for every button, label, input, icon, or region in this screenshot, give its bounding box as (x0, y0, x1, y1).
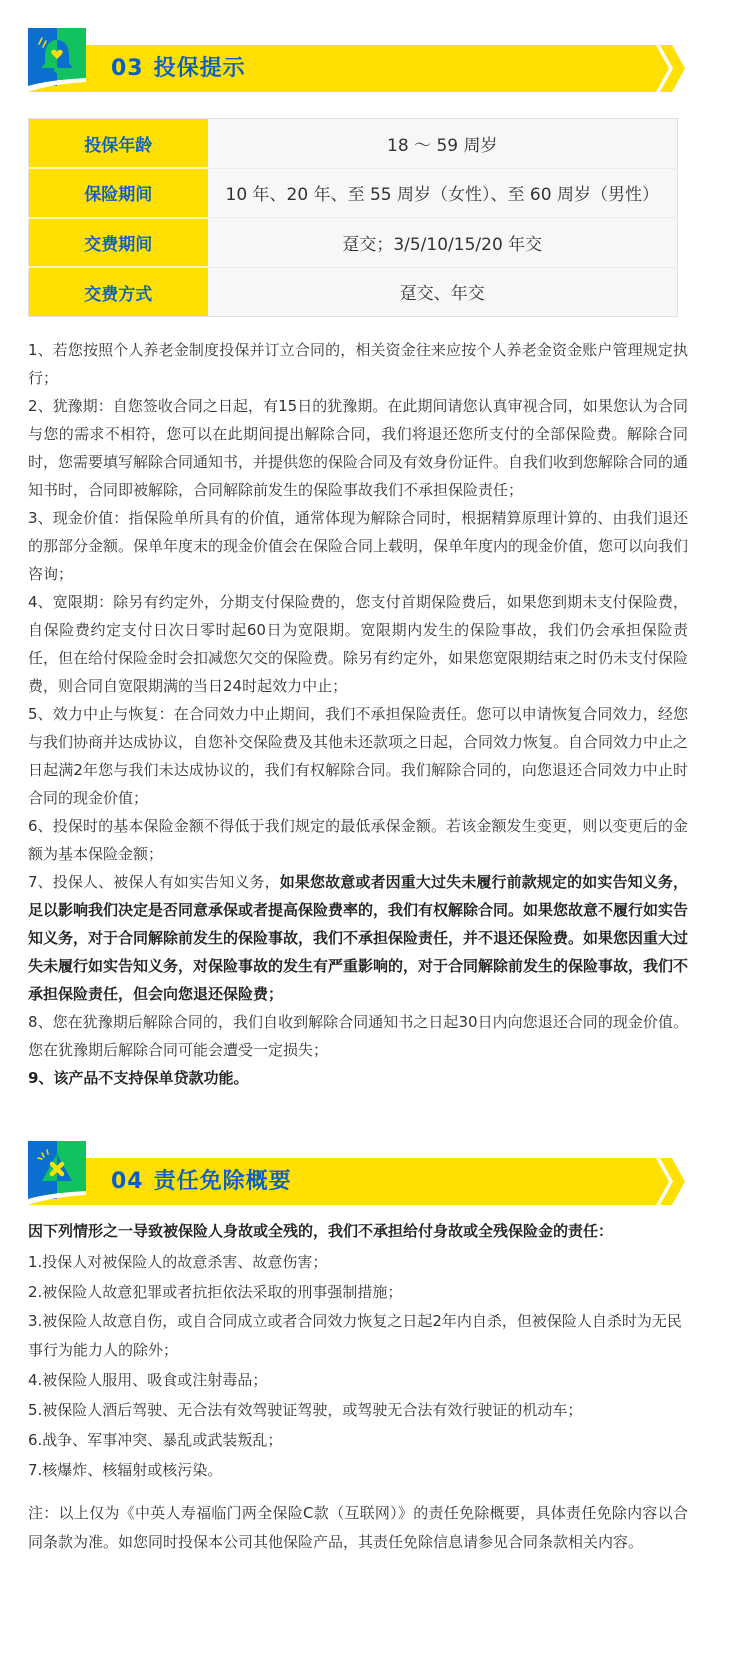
row-label: 保险期间 (29, 168, 208, 218)
section-title: 04责任免除概要 (111, 1163, 292, 1201)
exclusions-footnote: 注：以上仅为《中英人寿福临门两全保险C款（互联网）》的责任免除概要，具体责任免除… (28, 1499, 688, 1557)
exclusion-item: 2.被保险人故意犯罪或者抗拒依法采取的刑事强制措施； (28, 1277, 688, 1307)
note-item: 1、若您按照个人养老金制度投保并订立合同的，相关资金往来应按个人养老金资金账户管… (28, 336, 688, 392)
row-label: 交费方式 (29, 267, 208, 317)
section-header-03: 03投保提示 (28, 28, 688, 96)
table-row: 交费期间 趸交；3/5/10/15/20 年交 (29, 218, 678, 268)
section-number: 04 (111, 1169, 144, 1194)
row-value: 18 ～ 59 周岁 (208, 119, 678, 169)
insurance-notes: 1、若您按照个人养老金制度投保并订立合同的，相关资金往来应按个人养老金资金账户管… (28, 336, 688, 1092)
row-label: 投保年龄 (29, 119, 208, 169)
note-bold-text: 如果您故意或者因重大过失未履行前款规定的如实告知义务，足以影响我们决定是否同意承… (28, 873, 688, 1003)
table-row: 交费方式 趸交、年交 (29, 267, 678, 317)
table-row: 投保年龄 18 ～ 59 周岁 (29, 119, 678, 169)
section-title: 03投保提示 (111, 50, 246, 88)
note-item: 8、您在犹豫期后解除合同的，我们自收到解除合同通知书之日起30日内向您退还合同的… (28, 1008, 688, 1064)
exclusion-item: 5.被保险人酒后驾驶、无合法有效驾驶证驾驶，或驾驶无合法有效行驶证的机动车； (28, 1395, 688, 1425)
section-header-04: 04责任免除概要 (28, 1141, 688, 1209)
exclusion-item: 1.投保人对被保险人的故意杀害、故意伤害； (28, 1247, 688, 1277)
note-item: 3、现金价值：指保险单所具有的价值，通常体现为解除合同时，根据精算原理计算的、由… (28, 504, 688, 588)
exclusions-summary: 因下列情形之一导致被保险人身故或全残的，我们不承担给付身故或全残保险金的责任： … (28, 1216, 688, 1557)
row-value: 趸交；3/5/10/15/20 年交 (208, 218, 678, 268)
note-item: 2、犹豫期：自您签收合同之日起，有15日的犹豫期。在此期间请您认真审视合同，如果… (28, 392, 688, 504)
exclusion-item: 4.被保险人服用、吸食或注射毒品； (28, 1365, 688, 1395)
row-value: 趸交、年交 (208, 267, 678, 317)
section-title-text: 责任免除概要 (154, 1169, 292, 1194)
table-row: 保险期间 10 年、20 年、至 55 周岁（女性）、至 60 周岁（男性） (29, 168, 678, 218)
note-item: 7、投保人、被保人有如实告知义务，如果您故意或者因重大过失未履行前款规定的如实告… (28, 868, 688, 1008)
exclusion-item: 3.被保险人故意自伤，或自合同成立或者合同效力恢复之日起2年内自杀，但被保险人自… (28, 1307, 688, 1365)
section-number: 03 (111, 56, 144, 81)
exclusion-item: 7.核爆炸、核辐射或核污染。 (28, 1455, 688, 1485)
note-item: 6、投保时的基本保险金额不得低于我们规定的最低承保金额。若该金额发生变更，则以变… (28, 812, 688, 868)
note-item: 5、效力中止与恢复：在合同效力中止期间，我们不承担保险责任。您可以申请恢复合同效… (28, 700, 688, 812)
exclusions-intro: 因下列情形之一导致被保险人身故或全残的，我们不承担给付身故或全残保险金的责任： (28, 1216, 688, 1246)
note-item: 4、宽限期：除另有约定外，分期支付保险费的，您支付首期保险费后，如果您到期未支付… (28, 588, 688, 700)
note-item: 9、该产品不支持保单贷款功能。 (28, 1064, 688, 1092)
note-text: 7、投保人、被保人有如实告知义务， (28, 873, 280, 891)
section-title-text: 投保提示 (154, 56, 246, 81)
warning-triangle-x-icon (28, 1141, 86, 1205)
exclusion-item: 6.战争、军事冲突、暴乱或武装叛乱； (28, 1425, 688, 1455)
bell-heart-icon (28, 28, 86, 92)
policy-info-table: 投保年龄 18 ～ 59 周岁 保险期间 10 年、20 年、至 55 周岁（女… (28, 118, 678, 317)
row-value: 10 年、20 年、至 55 周岁（女性）、至 60 周岁（男性） (208, 168, 678, 218)
row-label: 交费期间 (29, 218, 208, 268)
